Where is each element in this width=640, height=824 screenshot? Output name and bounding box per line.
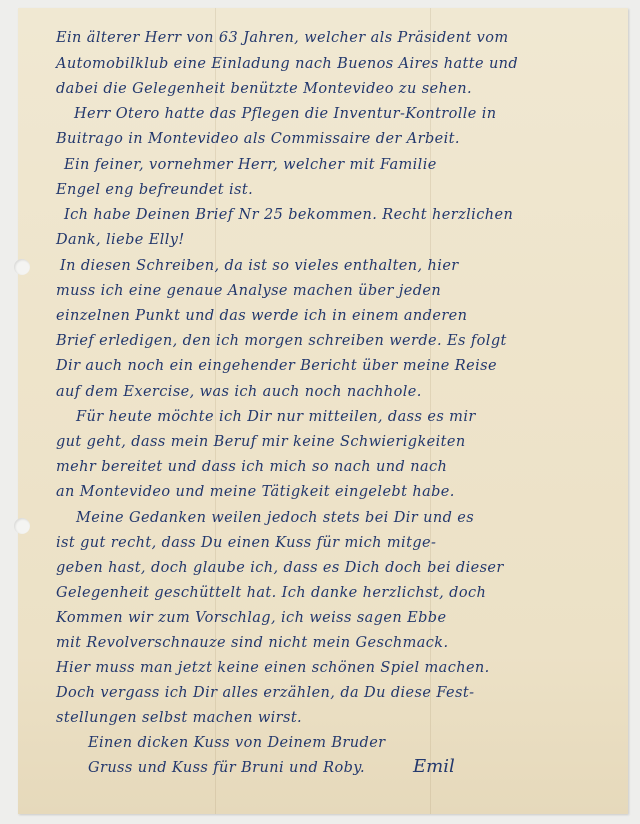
letter-line: Brief erledigen, den ich morgen schreibe… [56, 333, 507, 349]
letter-line: mehr bereitet und dass ich mich so nach … [56, 459, 447, 475]
letter-line: einzelnen Punkt und das werde ich in ein… [56, 308, 467, 324]
letter-line: In diesen Schreiben, da ist so vieles en… [60, 258, 459, 274]
letter-line: Automobilklub eine Einladung nach Buenos… [56, 56, 518, 72]
letter-line: Dir auch noch ein eingehender Bericht üb… [56, 358, 497, 374]
letter-line: Engel eng befreundet ist. [56, 182, 253, 198]
letter-line: auf dem Exercise, was ich auch noch nach… [56, 384, 422, 400]
letter-line: Doch vergass ich Dir alles erzählen, da … [56, 685, 474, 701]
punch-hole [14, 259, 30, 275]
signature: Emil [413, 756, 455, 777]
letter-line: muss ich eine genaue Analyse machen über… [56, 283, 441, 299]
letter-line: dabei die Gelegenheit benützte Montevide… [56, 81, 472, 97]
closing-line: Gruss und Kuss für Bruni und Roby. [88, 760, 365, 776]
letter-line: stellungen selbst machen wirst. [56, 710, 302, 726]
letter-line: mit Revolverschnauze sind nicht mein Ges… [56, 635, 449, 651]
letter-line: Kommen wir zum Vorschlag, ich weiss sage… [56, 610, 446, 626]
letter-line: Für heute möchte ich Dir nur mitteilen, … [76, 409, 476, 425]
letter-line: Meine Gedanken weilen jedoch stets bei D… [76, 510, 474, 526]
letter-line: ist gut recht, dass Du einen Kuss für mi… [56, 535, 436, 551]
letter-line: geben hast, doch glaube ich, dass es Dic… [56, 560, 504, 576]
closing-line: Einen dicken Kuss von Deinem Bruder [88, 735, 386, 751]
letter-line: Ein feiner, vornehmer Herr, welcher mit … [64, 157, 437, 173]
letter-line: Dank, liebe Elly! [56, 232, 185, 248]
letter-line: Ein älterer Herr von 63 Jahren, welcher … [56, 30, 508, 46]
letter-line: Herr Otero hatte das Pflegen die Inventu… [74, 106, 497, 122]
punch-hole [14, 518, 30, 534]
letter-line: gut geht, dass mein Beruf mir keine Schw… [56, 434, 466, 450]
letter-line: Buitrago in Montevideo als Commissaire d… [56, 131, 460, 147]
letter-line: Gelegenheit geschüttelt hat. Ich danke h… [56, 585, 486, 601]
letter-page: Ein älterer Herr von 63 Jahren, welcher … [18, 8, 628, 814]
letter-line: Hier muss man jetzt keine einen schönen … [56, 660, 490, 676]
letter-line: Ich habe Deinen Brief Nr 25 bekommen. Re… [64, 207, 513, 223]
letter-line: an Montevideo und meine Tätigkeit eingel… [56, 484, 455, 500]
